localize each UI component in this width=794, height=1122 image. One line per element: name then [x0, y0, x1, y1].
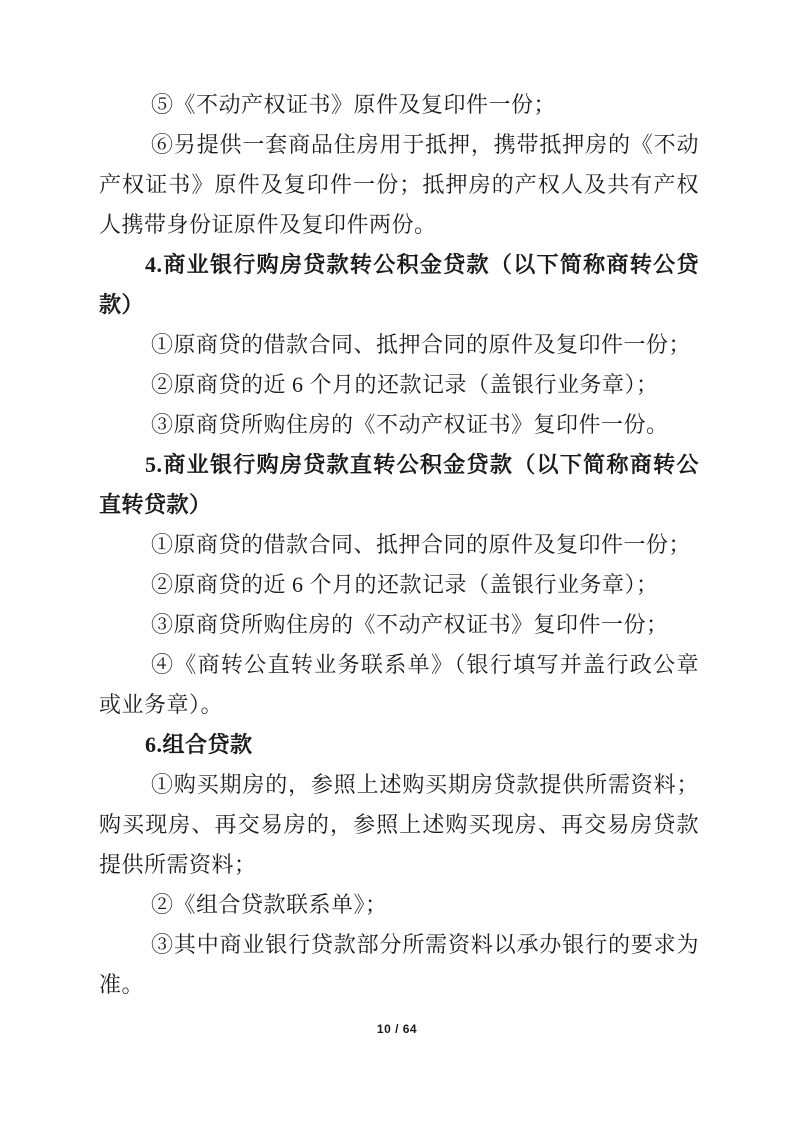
section-heading-4: 4.商业银行购房贷款转公积金贷款（以下简称商转公贷款） — [99, 245, 699, 325]
sec5-list-item-circled-4: ④《商转公直转业务联系单》（银行填写并盖行政公章或业务章）。 — [99, 645, 699, 725]
document-body: ⑤《不动产权证书》原件及复印件一份； ⑥另提供一套商品住房用于抵押，携带抵押房的… — [99, 85, 699, 1005]
list-item-circled-6: ⑥另提供一套商品住房用于抵押，携带抵押房的《不动产权证书》原件及复印件一份；抵押… — [99, 125, 699, 245]
sec6-list-item-circled-3: ③其中商业银行贷款部分所需资料以承办银行的要求为准。 — [99, 925, 699, 1005]
sec6-list-item-circled-1: ①购买期房的，参照上述购买期房贷款提供所需资料；购买现房、再交易房的，参照上述购… — [99, 765, 699, 885]
sec4-list-item-circled-2: ②原商贷的近 6 个月的还款记录（盖银行业务章）； — [99, 365, 699, 405]
section-heading-6: 6.组合贷款 — [99, 725, 699, 765]
sec4-list-item-circled-3: ③原商贷所购住房的《不动产权证书》复印件一份。 — [99, 405, 699, 445]
page-number: 10 / 64 — [377, 1022, 417, 1036]
document-page: ⑤《不动产权证书》原件及复印件一份； ⑥另提供一套商品住房用于抵押，携带抵押房的… — [0, 0, 794, 1122]
sec5-list-item-circled-3: ③原商贷所购住房的《不动产权证书》复印件一份； — [99, 605, 699, 645]
sec5-list-item-circled-2: ②原商贷的近 6 个月的还款记录（盖银行业务章）； — [99, 565, 699, 605]
list-item-circled-5: ⑤《不动产权证书》原件及复印件一份； — [99, 85, 699, 125]
sec6-list-item-circled-2: ②《组合贷款联系单》； — [99, 885, 699, 925]
sec5-list-item-circled-1: ①原商贷的借款合同、抵押合同的原件及复印件一份； — [99, 525, 699, 565]
page-footer: 10 / 64 — [0, 1020, 794, 1038]
section-heading-5: 5.商业银行购房贷款直转公积金贷款（以下简称商转公直转贷款） — [99, 445, 699, 525]
sec4-list-item-circled-1: ①原商贷的借款合同、抵押合同的原件及复印件一份； — [99, 325, 699, 365]
